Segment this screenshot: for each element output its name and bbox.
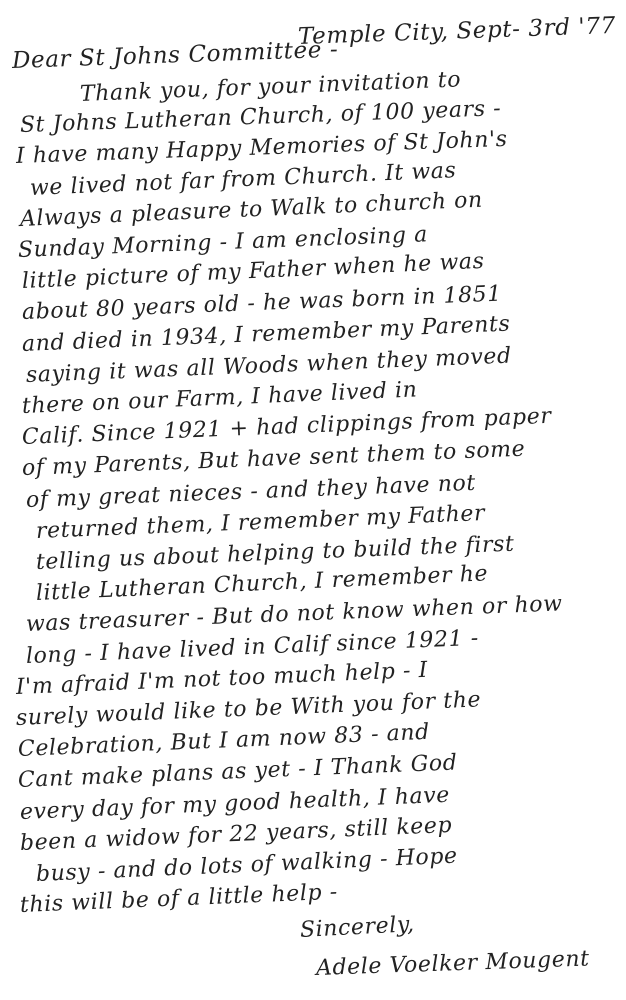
letter-dateline: Temple City, Sept- 3rd '77 (298, 13, 617, 50)
letter-closing: Sincerely, (299, 912, 415, 943)
letter-signature: Adele Voelker Mougent (316, 946, 590, 981)
letter-salutation: Dear St Johns Committee - (12, 37, 339, 74)
letter-page: Temple City, Sept- 3rd '77 Dear St Johns… (0, 0, 626, 1000)
